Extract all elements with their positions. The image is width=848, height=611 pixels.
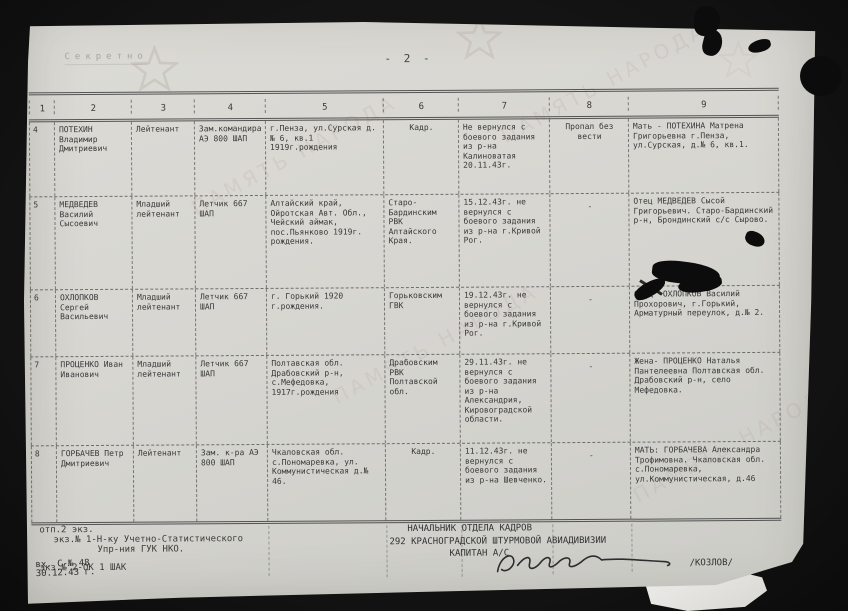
- star-watermark-icon: [456, 15, 502, 61]
- cell-rank: Младший лейтенант: [132, 196, 196, 288]
- column-header-3: 3: [132, 99, 195, 114]
- cell-family: Мать - ПОТЕХИНА Матрена Григорьевна г.Пе…: [629, 118, 779, 193]
- table-row: 6 ОХЛОПКОВ Сергей Васильевич Младший лей…: [30, 286, 780, 358]
- cell-draft: Горьковским ГВК: [385, 288, 460, 354]
- incoming-stamp: вх. С-№ 48 30.12.43 г.: [35, 559, 95, 579]
- column-header-9: 9: [629, 96, 779, 111]
- column-header-8: 8: [550, 96, 629, 111]
- table-row: 8 ГОРБАЧЕВ Петр Дмитриевич Лейтенант Зам…: [31, 442, 781, 526]
- cell-draft: Драбовским РВК Полтавской обл.: [385, 355, 461, 443]
- cell-origin: Алтайский край, Ойротская Авт. Обл., Чей…: [266, 195, 385, 288]
- table-rule: [268, 526, 269, 576]
- cell-number: 6: [30, 290, 56, 356]
- cell-status: Пропал без вести: [550, 119, 629, 193]
- cell-number: 4: [29, 122, 55, 196]
- cell-name: ГОРБАЧЕВ Петр Дмитриевич: [57, 446, 134, 522]
- cell-name: МЕДВЕДЕВ Василий Сысоевич: [55, 197, 133, 289]
- cell-status: -: [551, 287, 630, 353]
- casualty-table: 1 2 3 4 5 6 7 8 9 4 ПОТЕХИН Владимир Дми…: [29, 88, 782, 526]
- column-header-6: 6: [384, 98, 459, 113]
- cell-fate: 29.11.43г. не вернулся с боевого задания…: [460, 354, 552, 443]
- cell-position: Летчик 667 ШАП: [195, 196, 267, 288]
- cell-draft: Кадр.: [386, 444, 461, 520]
- table-row: 7 ПРОЦЕНКО Иван Иванович Младший лейтена…: [30, 353, 781, 447]
- page-number: - 2 -: [358, 52, 458, 66]
- scanned-document-screen: ПАМЯТЬ НАРОДА ПАМЯТЬ НАРОДА ПАМЯТЬ НАРОД…: [0, 0, 848, 611]
- cell-position: Зам.командира АЭ 800 ШАП: [195, 121, 266, 195]
- cell-rank: Младший лейтенант: [133, 356, 197, 444]
- ink-blot: [800, 56, 842, 96]
- cell-origin: г.Пенза, ул.Сурская д.№ 6, кв.1 1919г.ро…: [266, 120, 384, 195]
- cell-origin: Полтавская обл. Драбовский р-н, с.Мефедо…: [267, 355, 386, 444]
- classification-stamp: Секретно: [64, 52, 147, 66]
- cell-origin: Чкаловская обл. с.Пономаревка, ул. Комму…: [268, 444, 386, 521]
- cell-number: 8: [31, 446, 57, 522]
- cell-rank: Лейтенант: [132, 121, 195, 195]
- cell-status: -: [552, 443, 631, 519]
- copy-1-recipient: экз.№ 1-Н-ку Учетно-Статистического: [53, 534, 243, 545]
- table-rule: [631, 524, 632, 572]
- page-content: ПАМЯТЬ НАРОДА ПАМЯТЬ НАРОДА ПАМЯТЬ НАРОД…: [18, 0, 822, 610]
- table-row: 4 ПОТЕХИН Владимир Дмитриевич Лейтенант …: [29, 118, 779, 198]
- document-page: ПАМЯТЬ НАРОДА ПАМЯТЬ НАРОДА ПАМЯТЬ НАРОД…: [20, 2, 820, 608]
- cell-rank: Лейтенант: [134, 445, 197, 521]
- cell-status: -: [550, 194, 630, 286]
- cell-number: 7: [30, 357, 57, 445]
- stamp-date: 30.12.43 г.: [36, 568, 96, 579]
- cell-rank: Младший лейтенант: [133, 289, 196, 355]
- cell-position: Летчик 667 ШАП: [196, 289, 267, 355]
- cell-draft: Кадр.: [384, 120, 459, 194]
- table-rule: [386, 525, 387, 577]
- signature-handwriting: [491, 546, 691, 581]
- cell-family: Отец -ОХЛОПКОВ Василий Прохорович, г.Гор…: [630, 286, 780, 353]
- cell-name: ПОТЕХИН Владимир Дмитриевич: [55, 122, 132, 196]
- cell-fate: 15.12.43г. не вернулся с боевого задания…: [459, 194, 551, 287]
- column-header-4: 4: [195, 99, 266, 114]
- column-header-7: 7: [459, 97, 550, 112]
- copy-1-recipient-cont: Упр-ния ГУК НКО.: [97, 544, 243, 555]
- cell-fate: 11.12.43г. не вернулся с боевого задания…: [461, 443, 552, 520]
- cell-position: Летчик 667 ШАП: [196, 356, 268, 444]
- cell-draft: Старо-Бардинским РВК Алтайского Края.: [384, 195, 460, 287]
- cell-position: Зам. к-ра АЭ 800 ШАП: [197, 445, 268, 521]
- cell-fate: 19.12.43г. не вернулся с боевого задания…: [460, 287, 551, 354]
- cell-fate: Не вернулся с боевого задания из р-на Ка…: [459, 119, 550, 194]
- signer-name: /КОЗЛОВ/: [690, 558, 733, 568]
- cell-family: Жена- ПРОЦЕНКО Наталья Пантелеевна Полта…: [630, 353, 781, 442]
- column-header-2: 2: [55, 100, 132, 115]
- cell-number: 5: [29, 197, 56, 289]
- column-header-1: 1: [29, 100, 55, 115]
- cell-name: ОХЛОПКОВ Сергей Васильевич: [56, 290, 133, 356]
- cell-name: ПРОЦЕНКО Иван Иванович: [56, 357, 134, 445]
- cell-status: -: [551, 354, 631, 442]
- signer-title-line1: НАЧАЛЬНИК ОТДЕЛА КАДРОВ: [407, 522, 606, 536]
- cell-family: МАТЬ: ГОРБАЧЕВА Александра Трофимовна. Ч…: [631, 442, 781, 519]
- table-header-row: 1 2 3 4 5 6 7 8 9: [29, 88, 779, 123]
- cell-origin: г. Горький 1920 г.рождения.: [267, 288, 385, 355]
- column-header-5: 5: [266, 98, 384, 113]
